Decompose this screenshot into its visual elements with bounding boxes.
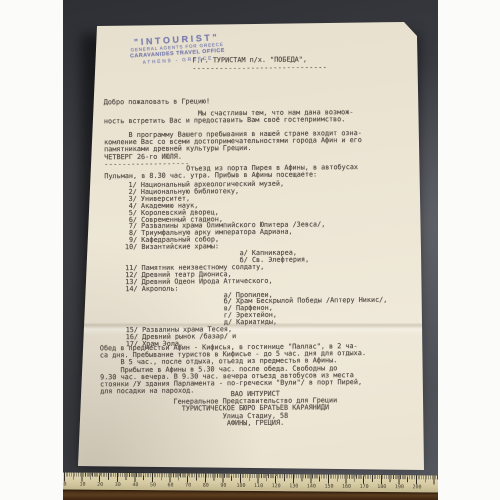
addressee-underline: ------------------------------ — [192, 63, 327, 72]
photo-of-document: 0102030405060708090100110120130140150160… — [63, 0, 438, 500]
lunch-paragraph: Обед в предместьи Афин - Кифисья, в гост… — [100, 343, 366, 396]
letter-text-layer: "INTOURIST" GENERAL AGENTS FOR GREECE CA… — [63, 0, 438, 500]
welcome-paragraph: Мы счастливы тем, что нам дана возмож-но… — [104, 109, 354, 126]
text-line: АФИНЫ, ГРЕЦИЯ. — [124, 419, 386, 428]
program-paragraph: В программу Вашего пребывания в нашей ст… — [104, 130, 362, 154]
text-line: ность встретить Вас и предоставить Вам с… — [104, 116, 354, 125]
departure-paragraph: Отъезд из порта Пирея в Афины, в автобус… — [104, 164, 358, 181]
greeting-line: Добро пожаловать в Грецию! — [104, 97, 210, 106]
itinerary-list: 1/ Национальный археологический музей, 2… — [124, 180, 387, 348]
signature-block: ВАО ИНТУРИСТГенеральное Представительств… — [124, 390, 386, 428]
